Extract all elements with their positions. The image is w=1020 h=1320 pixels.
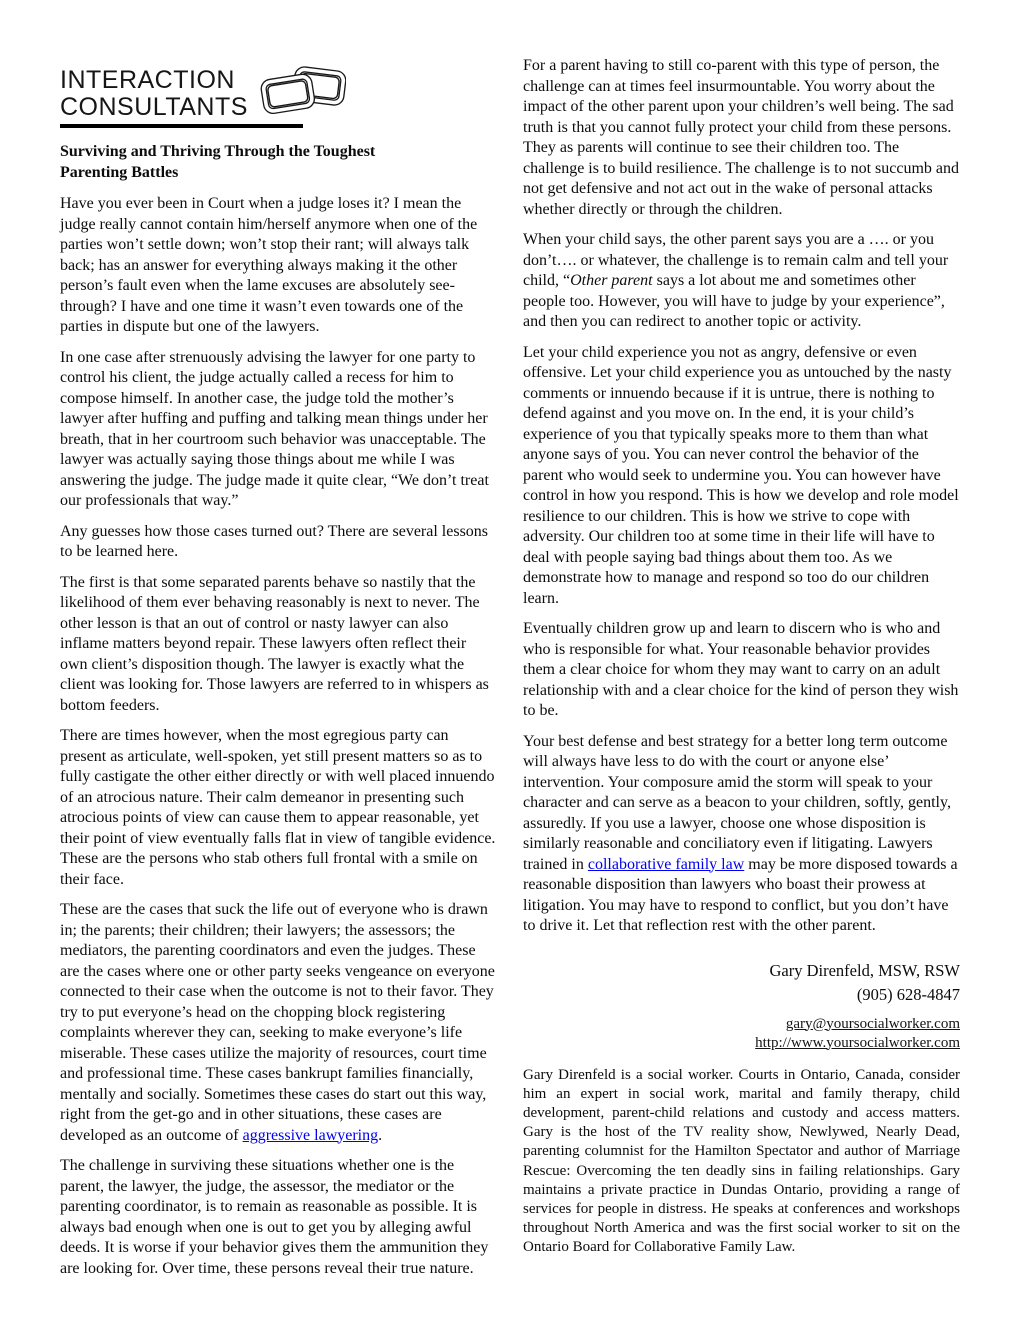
contact-links: gary@yoursocialworker.com http://www.you… [523, 1015, 960, 1053]
text-run: These are the cases that suck the life o… [60, 901, 495, 1144]
paragraph: The first is that some separated parents… [60, 573, 497, 717]
right-column-body: For a parent having to still co-parent w… [523, 56, 960, 937]
paragraph: Any guesses how those cases turned out? … [60, 522, 497, 563]
title-line-2: Parenting Battles [60, 162, 497, 183]
author-phone: (905) 628-4847 [523, 983, 960, 1007]
text-run: The challenge in surviving these situati… [60, 1157, 488, 1277]
logo-block: INTERACTION CONSULTANTS [60, 66, 497, 128]
author-name: Gary Direnfeld, MSW, RSW [523, 959, 960, 983]
author-email-link[interactable]: gary@yoursocialworker.com [786, 1016, 960, 1032]
title-line-1: Surviving and Thriving Through the Tough… [60, 141, 497, 162]
paragraph: Your best defense and best strategy for … [523, 732, 960, 937]
paragraph: These are the cases that suck the life o… [60, 900, 497, 1146]
text-run: . [378, 1127, 382, 1144]
text-run: Any guesses how those cases turned out? … [60, 523, 488, 561]
text-run: Eventually children grow up and learn to… [523, 620, 958, 719]
paragraph: Let your child experience you not as ang… [523, 343, 960, 610]
logo-underline-rule [60, 124, 303, 128]
signature-block: Gary Direnfeld, MSW, RSW (905) 628-4847 [523, 959, 960, 1007]
text-run: In one case after strenuously advising t… [60, 349, 489, 510]
text-run: The first is that some separated parents… [60, 574, 489, 714]
logo-line-1: INTERACTION [60, 67, 248, 94]
paragraph: When your child says, the other parent s… [523, 230, 960, 333]
page-title: Surviving and Thriving Through the Tough… [60, 141, 497, 183]
paragraph: There are times however, when the most e… [60, 726, 497, 890]
paragraph: Have you ever been in Court when a judge… [60, 194, 497, 338]
author-bio: Gary Direnfeld is a social worker. Court… [523, 1066, 960, 1258]
right-column: For a parent having to still co-parent w… [523, 56, 960, 1320]
author-website-link[interactable]: http://www.yoursocialworker.com [755, 1035, 960, 1051]
paragraph: The challenge in surviving these situati… [60, 1156, 497, 1279]
left-column: INTERACTION CONSULTANTS [60, 56, 497, 1320]
document-page: INTERACTION CONSULTANTS [0, 0, 1020, 1320]
logo-line-2: CONSULTANTS [60, 94, 248, 121]
text-run: For a parent having to still co-parent w… [523, 57, 959, 218]
logo-wordmark: INTERACTION CONSULTANTS [60, 67, 248, 121]
left-column-body: Have you ever been in Court when a judge… [60, 194, 497, 1279]
interlocked-links-icon [260, 66, 346, 119]
italic-text: Other parent [570, 272, 653, 289]
paragraph: Eventually children grow up and learn to… [523, 619, 960, 722]
text-run: There are times however, when the most e… [60, 727, 495, 888]
paragraph: For a parent having to still co-parent w… [523, 56, 960, 220]
paragraph: In one case after strenuously advising t… [60, 348, 497, 512]
collaborative-family-law-link[interactable]: collaborative family law [588, 856, 744, 873]
text-run: Your best defense and best strategy for … [523, 733, 951, 873]
text-run: Have you ever been in Court when a judge… [60, 195, 477, 335]
aggressive-lawyering-link[interactable]: aggressive lawyering [243, 1127, 379, 1144]
text-run: Let your child experience you not as ang… [523, 344, 959, 607]
